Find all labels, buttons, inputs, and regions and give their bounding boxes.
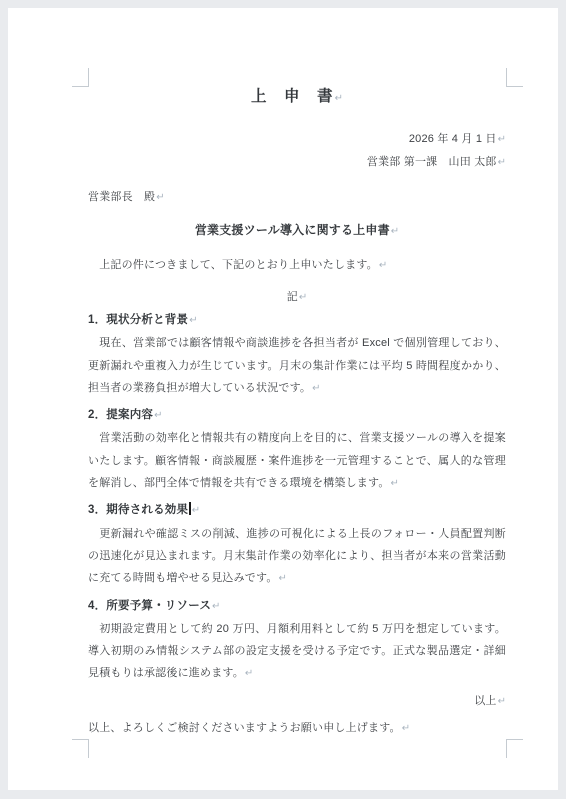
paragraph-mark: ↵ bbox=[390, 478, 399, 489]
sender-text: 営業部 第一課 山田 太郎 bbox=[367, 156, 497, 168]
section-3-heading-text: 3．期待される効果 bbox=[88, 504, 188, 516]
paragraph-mark: ↵ bbox=[334, 93, 343, 104]
paragraph-mark: ↵ bbox=[401, 723, 410, 734]
text-boundary-mark-top-right bbox=[506, 68, 523, 87]
paragraph-mark: ↵ bbox=[211, 601, 220, 612]
closing-request[interactable]: 以上、よろしくご検討くださいますようお願い申し上げます。↵ bbox=[88, 717, 506, 740]
lead-text: 上記の件につきまして、下記のとおり上申いたします。 bbox=[88, 259, 378, 271]
section-1-body[interactable]: 現在、営業部では顧客情報や商談進捗を各担当者が Excel で個別管理しており、… bbox=[88, 332, 506, 400]
paragraph-mark: ↵ bbox=[390, 226, 399, 237]
record-marker-text: 記 bbox=[287, 291, 298, 303]
paragraph-mark: ↵ bbox=[191, 505, 200, 516]
sender-line[interactable]: 営業部 第一課 山田 太郎↵ bbox=[88, 151, 506, 174]
section-4-heading-text: 4．所要予算・リソース bbox=[88, 600, 211, 612]
paragraph-mark: ↵ bbox=[153, 410, 162, 421]
section-4-body[interactable]: 初期設定費用として約 20 万円、月額利用料として約 5 万円を想定しています。… bbox=[88, 618, 506, 686]
paragraph-mark: ↵ bbox=[497, 696, 506, 707]
section-3-heading[interactable]: 3．期待される効果↵ bbox=[88, 499, 506, 522]
closing-ijou[interactable]: 以上↵ bbox=[88, 690, 506, 713]
paragraph-mark: ↵ bbox=[378, 260, 387, 271]
paragraph-mark: ↵ bbox=[497, 157, 506, 168]
section-4-heading[interactable]: 4．所要予算・リソース↵ bbox=[88, 595, 506, 618]
closing-ijou-text: 以上 bbox=[474, 695, 496, 707]
text-boundary-mark-bottom-left bbox=[72, 739, 89, 758]
section-2-body[interactable]: 営業活動の効率化と情報共有の精度向上を目的に、営業支援ツールの導入を提案いたしま… bbox=[88, 427, 506, 495]
paragraph-mark: ↵ bbox=[188, 315, 197, 326]
section-2-heading-text: 2．提案内容 bbox=[88, 409, 153, 421]
record-marker[interactable]: 記↵ bbox=[88, 286, 506, 309]
document-title[interactable]: 上 申 書↵ bbox=[88, 84, 506, 112]
paragraph-mark: ↵ bbox=[155, 192, 164, 203]
document-page: 上 申 書↵ 2026 年 4 月 1 日↵ 営業部 第一課 山田 太郎↵ 営業… bbox=[8, 8, 558, 790]
paragraph-mark: ↵ bbox=[311, 383, 320, 394]
subject-heading[interactable]: 営業支援ツール導入に関する上申書↵ bbox=[88, 219, 506, 243]
document-text-area: 上 申 書↵ 2026 年 4 月 1 日↵ 営業部 第一課 山田 太郎↵ 営業… bbox=[88, 78, 506, 740]
section-3-body-text: 更新漏れや確認ミスの削減、進捗の可視化による上長のフォロー・人員配置判断の迅速化… bbox=[88, 528, 506, 585]
paragraph-mark: ↵ bbox=[298, 292, 307, 303]
document-title-text: 上 申 書 bbox=[251, 88, 334, 105]
section-4-body-text: 初期設定費用として約 20 万円、月額利用料として約 5 万円を想定しています。… bbox=[88, 623, 506, 680]
section-2-body-text: 営業活動の効率化と情報共有の精度向上を目的に、営業支援ツールの導入を提案いたしま… bbox=[88, 432, 506, 489]
lead-paragraph[interactable]: 上記の件につきまして、下記のとおり上申いたします。↵ bbox=[88, 254, 506, 277]
paragraph-mark: ↵ bbox=[244, 668, 253, 679]
recipient-text: 営業部長 殿 bbox=[88, 191, 155, 203]
section-3-body[interactable]: 更新漏れや確認ミスの削減、進捗の可視化による上長のフォロー・人員配置判断の迅速化… bbox=[88, 523, 506, 591]
recipient-line[interactable]: 営業部長 殿↵ bbox=[88, 186, 506, 209]
paragraph-mark: ↵ bbox=[497, 134, 506, 145]
text-boundary-mark-bottom-right bbox=[506, 739, 523, 758]
subject-text: 営業支援ツール導入に関する上申書 bbox=[195, 223, 390, 237]
text-boundary-mark-top-left bbox=[72, 68, 89, 87]
date-text: 2026 年 4 月 1 日 bbox=[409, 133, 497, 145]
section-1-body-text: 現在、営業部では顧客情報や商談進捗を各担当者が Excel で個別管理しており、… bbox=[88, 337, 506, 394]
date-line[interactable]: 2026 年 4 月 1 日↵ bbox=[88, 128, 506, 151]
section-2-heading[interactable]: 2．提案内容↵ bbox=[88, 404, 506, 427]
paragraph-mark: ↵ bbox=[278, 573, 287, 584]
section-1-heading-text: 1．現状分析と背景 bbox=[88, 314, 188, 326]
closing-request-text: 以上、よろしくご検討くださいますようお願い申し上げます。 bbox=[88, 722, 401, 734]
section-1-heading[interactable]: 1．現状分析と背景↵ bbox=[88, 309, 506, 332]
